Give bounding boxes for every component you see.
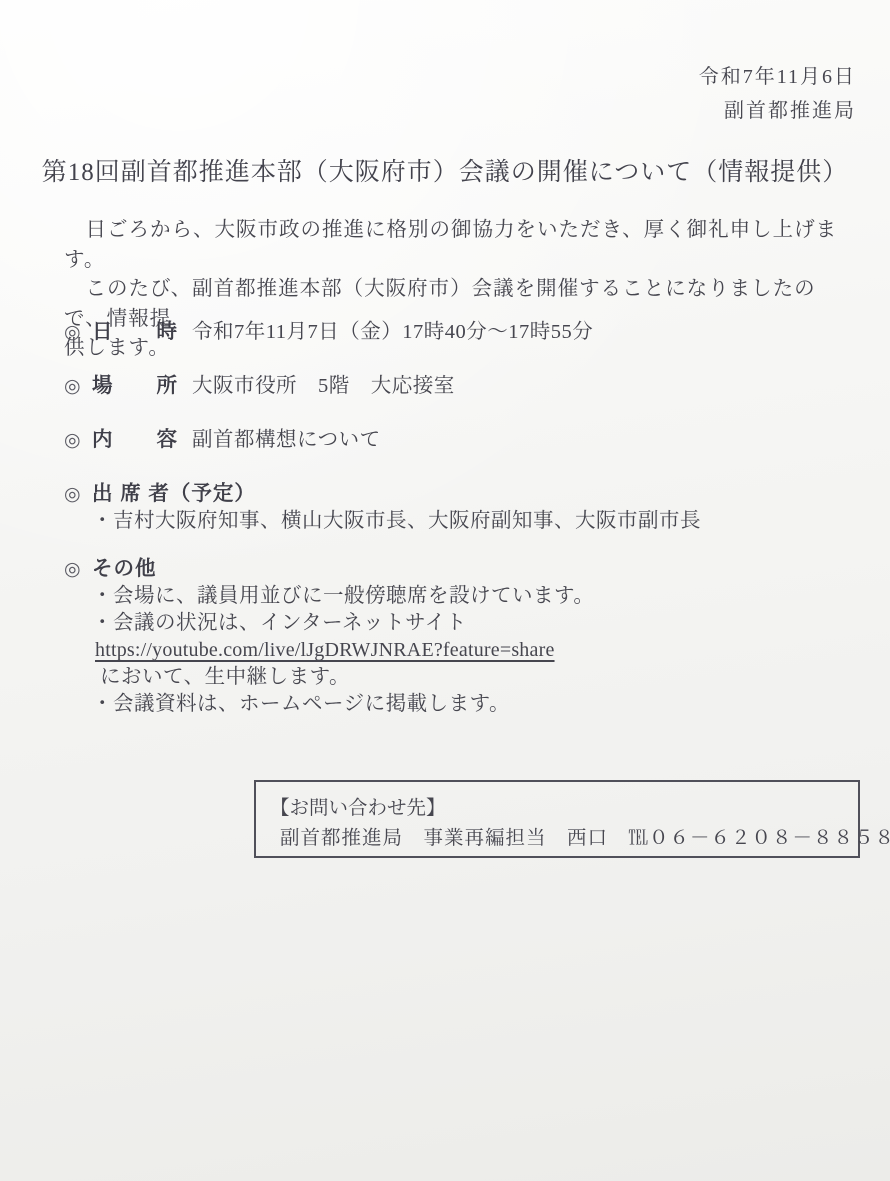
double-circle-bullet-icon: ◎ [64,427,92,454]
other-note-stream-cont: において、生中継します。 [64,664,864,691]
double-circle-bullet-icon: ◎ [64,319,92,346]
item-attendees: ◎ 出 席 者（予定） ・吉村大阪府知事、横山大阪市長、大阪府副知事、大阪市副市… [64,480,864,535]
youtube-live-link[interactable]: https://youtube.com/live/lJgDRWJNRAE?fea… [95,639,555,661]
contact-info-box: 【お問い合わせ先】 副首都推進局 事業再編担当 西口 ℡０６－６２０８－８８５８ [254,780,860,858]
item-datetime-label: 日 時 [92,318,178,345]
item-agenda-label: 内 容 [92,426,178,453]
double-circle-bullet-icon: ◎ [64,481,92,508]
stream-url-line: https://youtube.com/live/lJgDRWJNRAE?fea… [64,637,864,664]
item-place-value: 大阪市役所 5階 大応接室 [192,373,455,400]
contact-heading: 【お問い合わせ先】 [270,794,858,824]
item-attendees-label: 出 席 者（予定） [92,480,256,507]
item-place-label: 場 所 [92,372,178,399]
item-datetime-value: 令和7年11月7日（金）17時40分～17時55分 [192,319,593,346]
issue-date: 令和7年11月6日 [699,60,856,94]
issuer-name: 副首都推進局 [699,94,856,128]
item-place: ◎ 場 所 大阪市役所 5階 大応接室 [64,372,864,400]
document-title: 第18回副首都推進本部（大阪府市）会議の開催について（情報提供） [0,152,890,188]
other-note-stream-intro: ・会議の状況は、インターネットサイト [64,610,864,637]
item-other: ◎ その他 ・会場に、議員用並びに一般傍聴席を設けています。 ・会議の状況は、イ… [64,555,864,718]
item-agenda-value: 副首都構想について [192,427,381,454]
paragraph-line: 日ごろから、大阪市政の推進に格別の御協力をいただき、厚く御礼申し上げます。 [64,216,852,275]
item-other-label: その他 [92,555,157,582]
document-header: 令和7年11月6日 副首都推進局 [699,60,856,128]
document-page: 令和7年11月6日 副首都推進局 第18回副首都推進本部（大阪府市）会議の開催に… [0,0,890,1181]
other-note-seating: ・会場に、議員用並びに一般傍聴席を設けています。 [64,583,864,610]
attendees-names: ・吉村大阪府知事、横山大阪市長、大阪府副知事、大阪市副市長 [64,508,864,535]
double-circle-bullet-icon: ◎ [64,373,92,400]
meeting-details-list: ◎ 日 時 令和7年11月7日（金）17時40分～17時55分 ◎ 場 所 大阪… [64,318,864,744]
other-note-materials: ・会議資料は、ホームページに掲載します。 [64,691,864,718]
item-datetime: ◎ 日 時 令和7年11月7日（金）17時40分～17時55分 [64,318,864,346]
double-circle-bullet-icon: ◎ [64,556,92,583]
contact-detail: 副首都推進局 事業再編担当 西口 ℡０６－６２０８－８８５８ [270,824,858,854]
item-agenda: ◎ 内 容 副首都構想について [64,426,864,454]
